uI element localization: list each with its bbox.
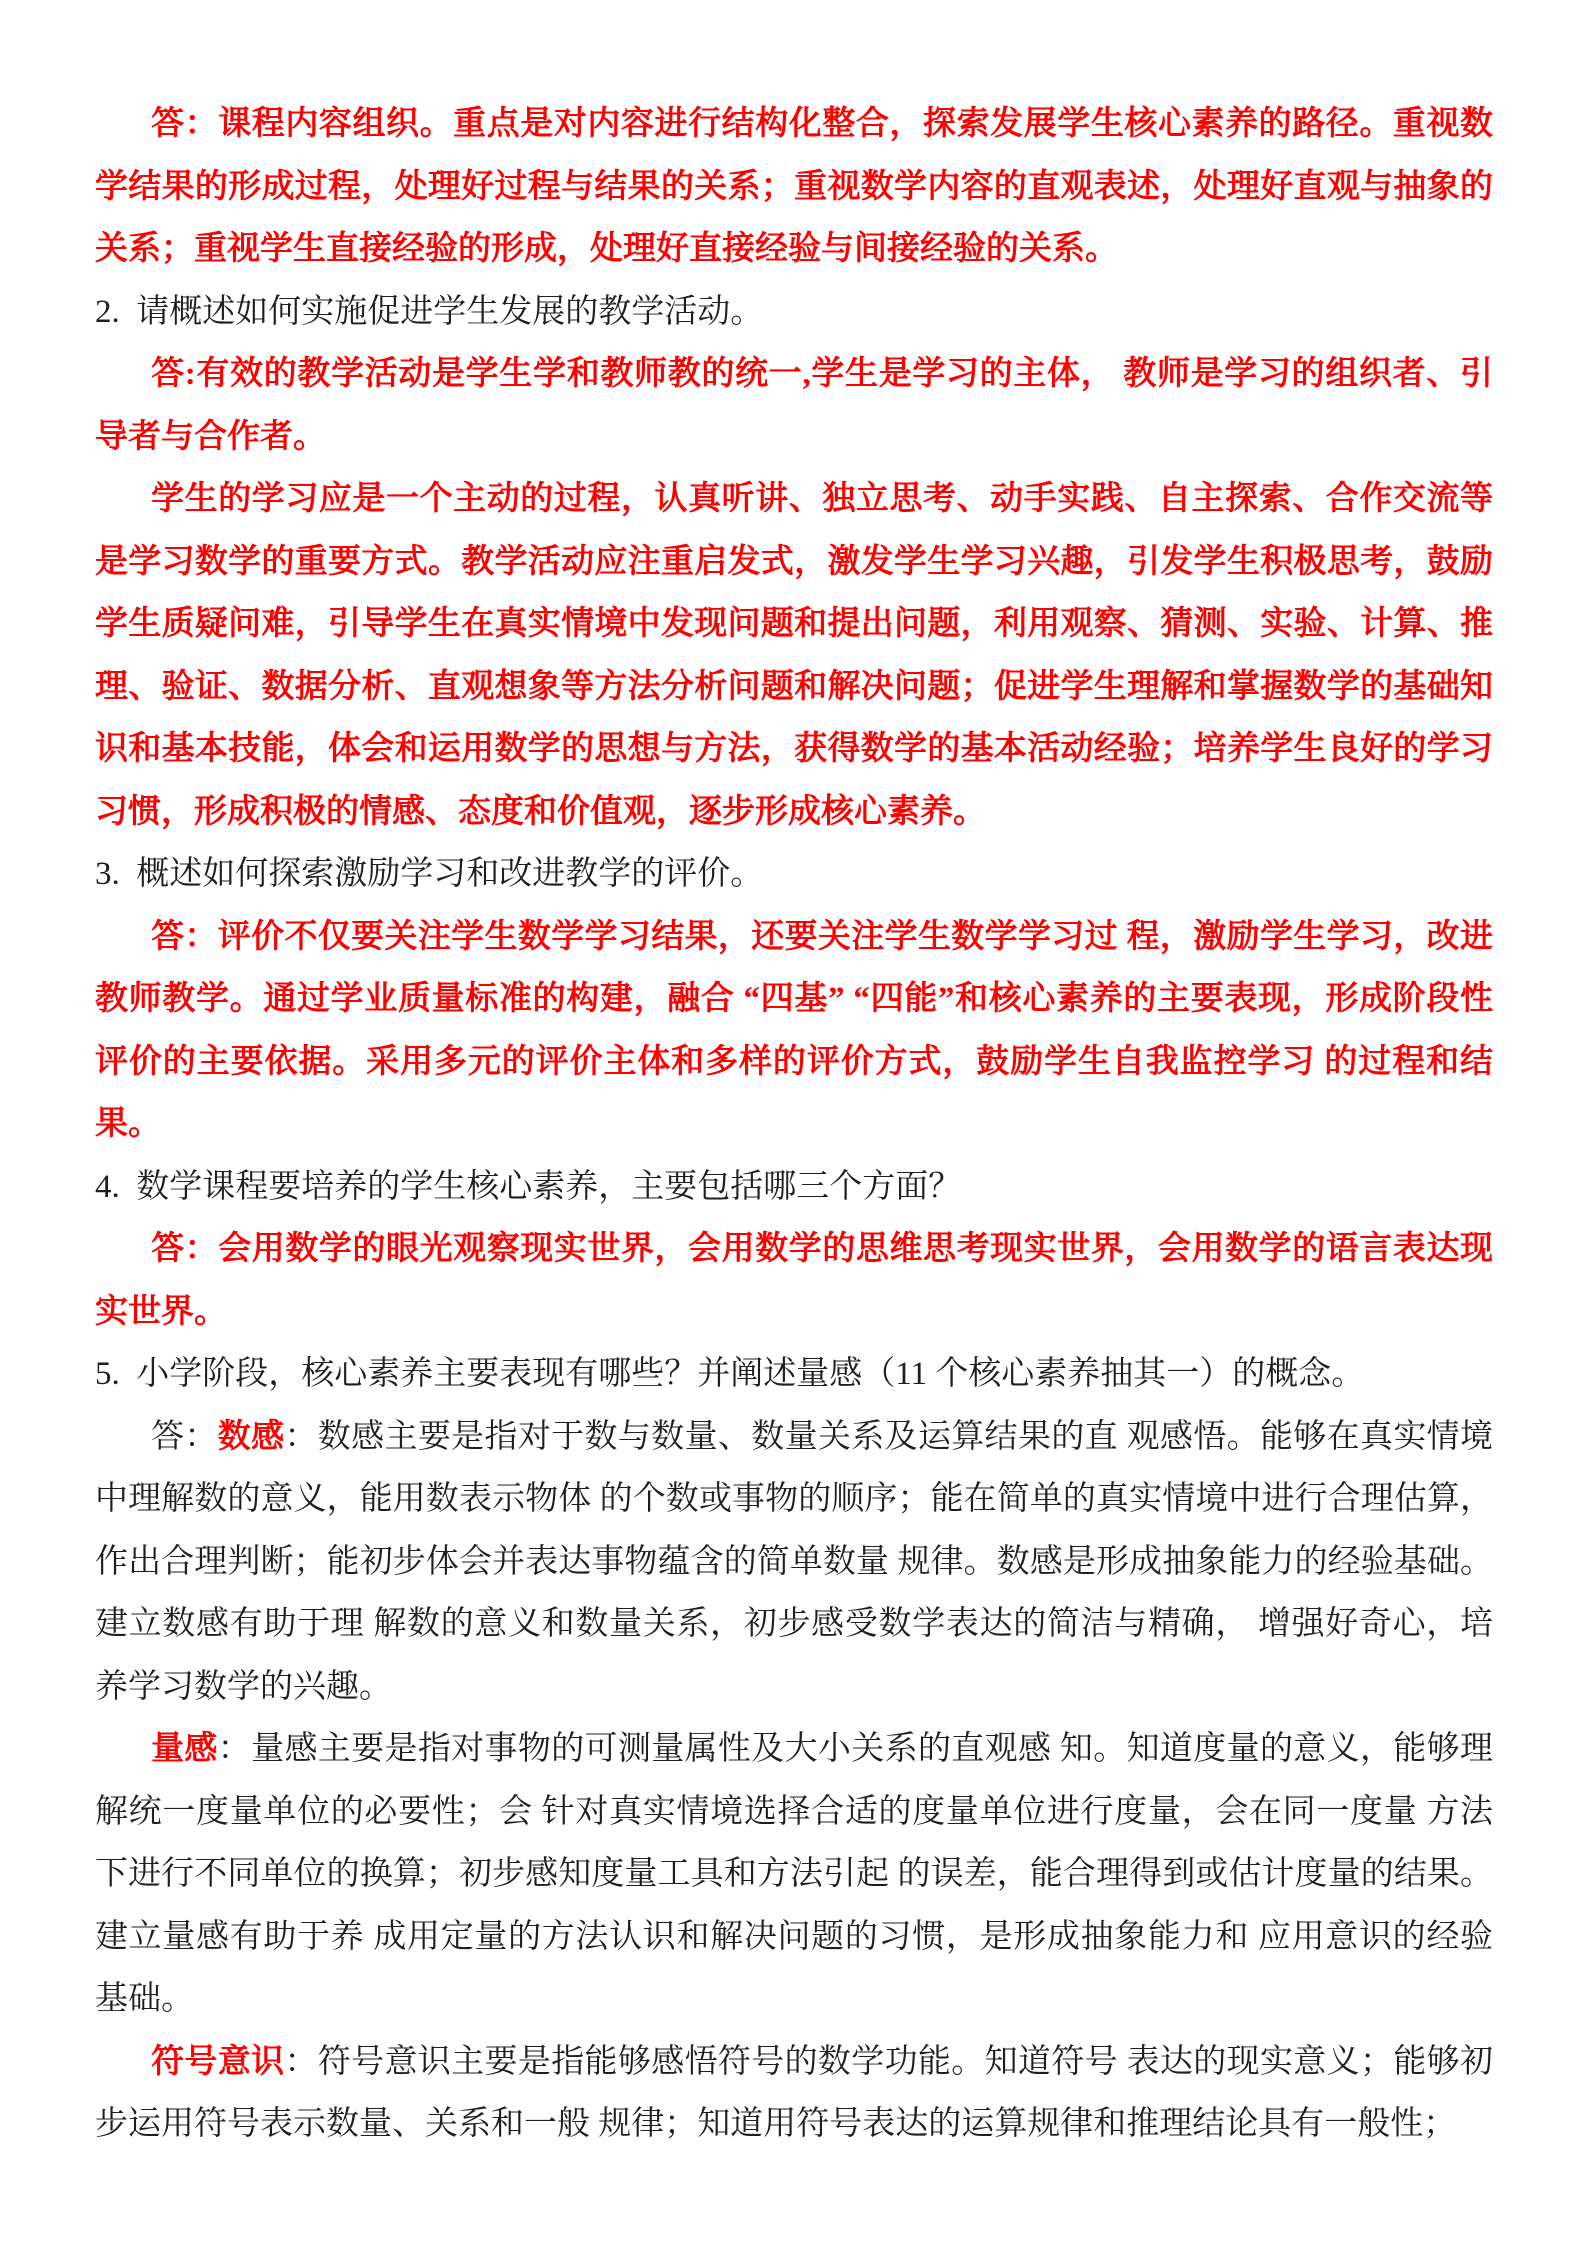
definition-paragraph: 量感：量感主要是指对事物的可测量属性及大小关系的直观感 知。知道度量的意义，能够…: [95, 1718, 1493, 2031]
question-paragraph: 3. 概述如何探索激励学习和改进教学的评价。: [95, 843, 1493, 906]
answer-text: 答:有效的教学活动是学生学和教师教的统一,学生是学习的主体， 教师是学习的组织者…: [95, 356, 1493, 455]
key-term-highlight: 符号意识: [151, 2044, 284, 2080]
answer-paragraph: 答：会用数学的眼光观察现实世界，会用数学的思维思考现实世界，会用数学的语言表达现…: [95, 1218, 1493, 1343]
definition-paragraph: 符号意识：符号意识主要是指能够感悟符号的数学功能。知道符号 表达的现实意义；能够…: [95, 2031, 1493, 2156]
definition-paragraph: 答：数感：数感主要是指对于数与数量、数量关系及运算结果的直 观感悟。能够在真实情…: [95, 1406, 1493, 1719]
answer-text: 答：评价不仅要关注学生数学学习结果，还要关注学生数学学习过 程，激励学生学习，改…: [95, 919, 1493, 1143]
body-text: 答：: [151, 1419, 218, 1455]
key-term-highlight: 数感: [218, 1419, 285, 1455]
body-text: 3. 概述如何探索激励学习和改进教学的评价。: [95, 856, 763, 892]
key-term-highlight: 量感: [151, 1731, 218, 1767]
document-page: 答：课程内容组织。重点是对内容进行结构化整合，探索发展学生核心素养的路径。重视数…: [0, 0, 1587, 2245]
answer-paragraph: 答：评价不仅要关注学生数学学习结果，还要关注学生数学学习过 程，激励学生学习，改…: [95, 906, 1493, 1156]
question-paragraph: 2. 请概述如何实施促进学生发展的教学活动。: [95, 281, 1493, 344]
body-text: 2. 请概述如何实施促进学生发展的教学活动。: [95, 294, 763, 330]
answer-paragraph: 答：课程内容组织。重点是对内容进行结构化整合，探索发展学生核心素养的路径。重视数…: [95, 93, 1493, 281]
answer-paragraph: 学生的学习应是一个主动的过程，认真听讲、独立思考、动手实践、自主探索、合作交流等…: [95, 468, 1493, 843]
document-body: 答：课程内容组织。重点是对内容进行结构化整合，探索发展学生核心素养的路径。重视数…: [95, 93, 1493, 2156]
body-text: ：量感主要是指对事物的可测量属性及大小关系的直观感 知。知道度量的意义，能够理解…: [95, 1731, 1493, 2017]
body-text: 5. 小学阶段，核心素养主要表现有哪些？并阐述量感（11 个核心素养抽其一）的概…: [95, 1356, 1364, 1392]
body-text: ：数感主要是指对于数与数量、数量关系及运算结果的直 观感悟。能够在真实情境中理解…: [95, 1419, 1493, 1705]
question-paragraph: 5. 小学阶段，核心素养主要表现有哪些？并阐述量感（11 个核心素养抽其一）的概…: [95, 1343, 1493, 1406]
answer-text: 答：课程内容组织。重点是对内容进行结构化整合，探索发展学生核心素养的路径。重视数…: [95, 106, 1493, 267]
body-text: ：符号意识主要是指能够感悟符号的数学功能。知道符号 表达的现实意义；能够初步运用…: [95, 2044, 1493, 2143]
body-text: 4. 数学课程要培养的学生核心素养，主要包括哪三个方面？: [95, 1169, 961, 1205]
answer-text: 学生的学习应是一个主动的过程，认真听讲、独立思考、动手实践、自主探索、合作交流等…: [95, 481, 1493, 830]
answer-text: 答：会用数学的眼光观察现实世界，会用数学的思维思考现实世界，会用数学的语言表达现…: [95, 1231, 1493, 1330]
answer-paragraph: 答:有效的教学活动是学生学和教师教的统一,学生是学习的主体， 教师是学习的组织者…: [95, 343, 1493, 468]
question-paragraph: 4. 数学课程要培养的学生核心素养，主要包括哪三个方面？: [95, 1156, 1493, 1219]
